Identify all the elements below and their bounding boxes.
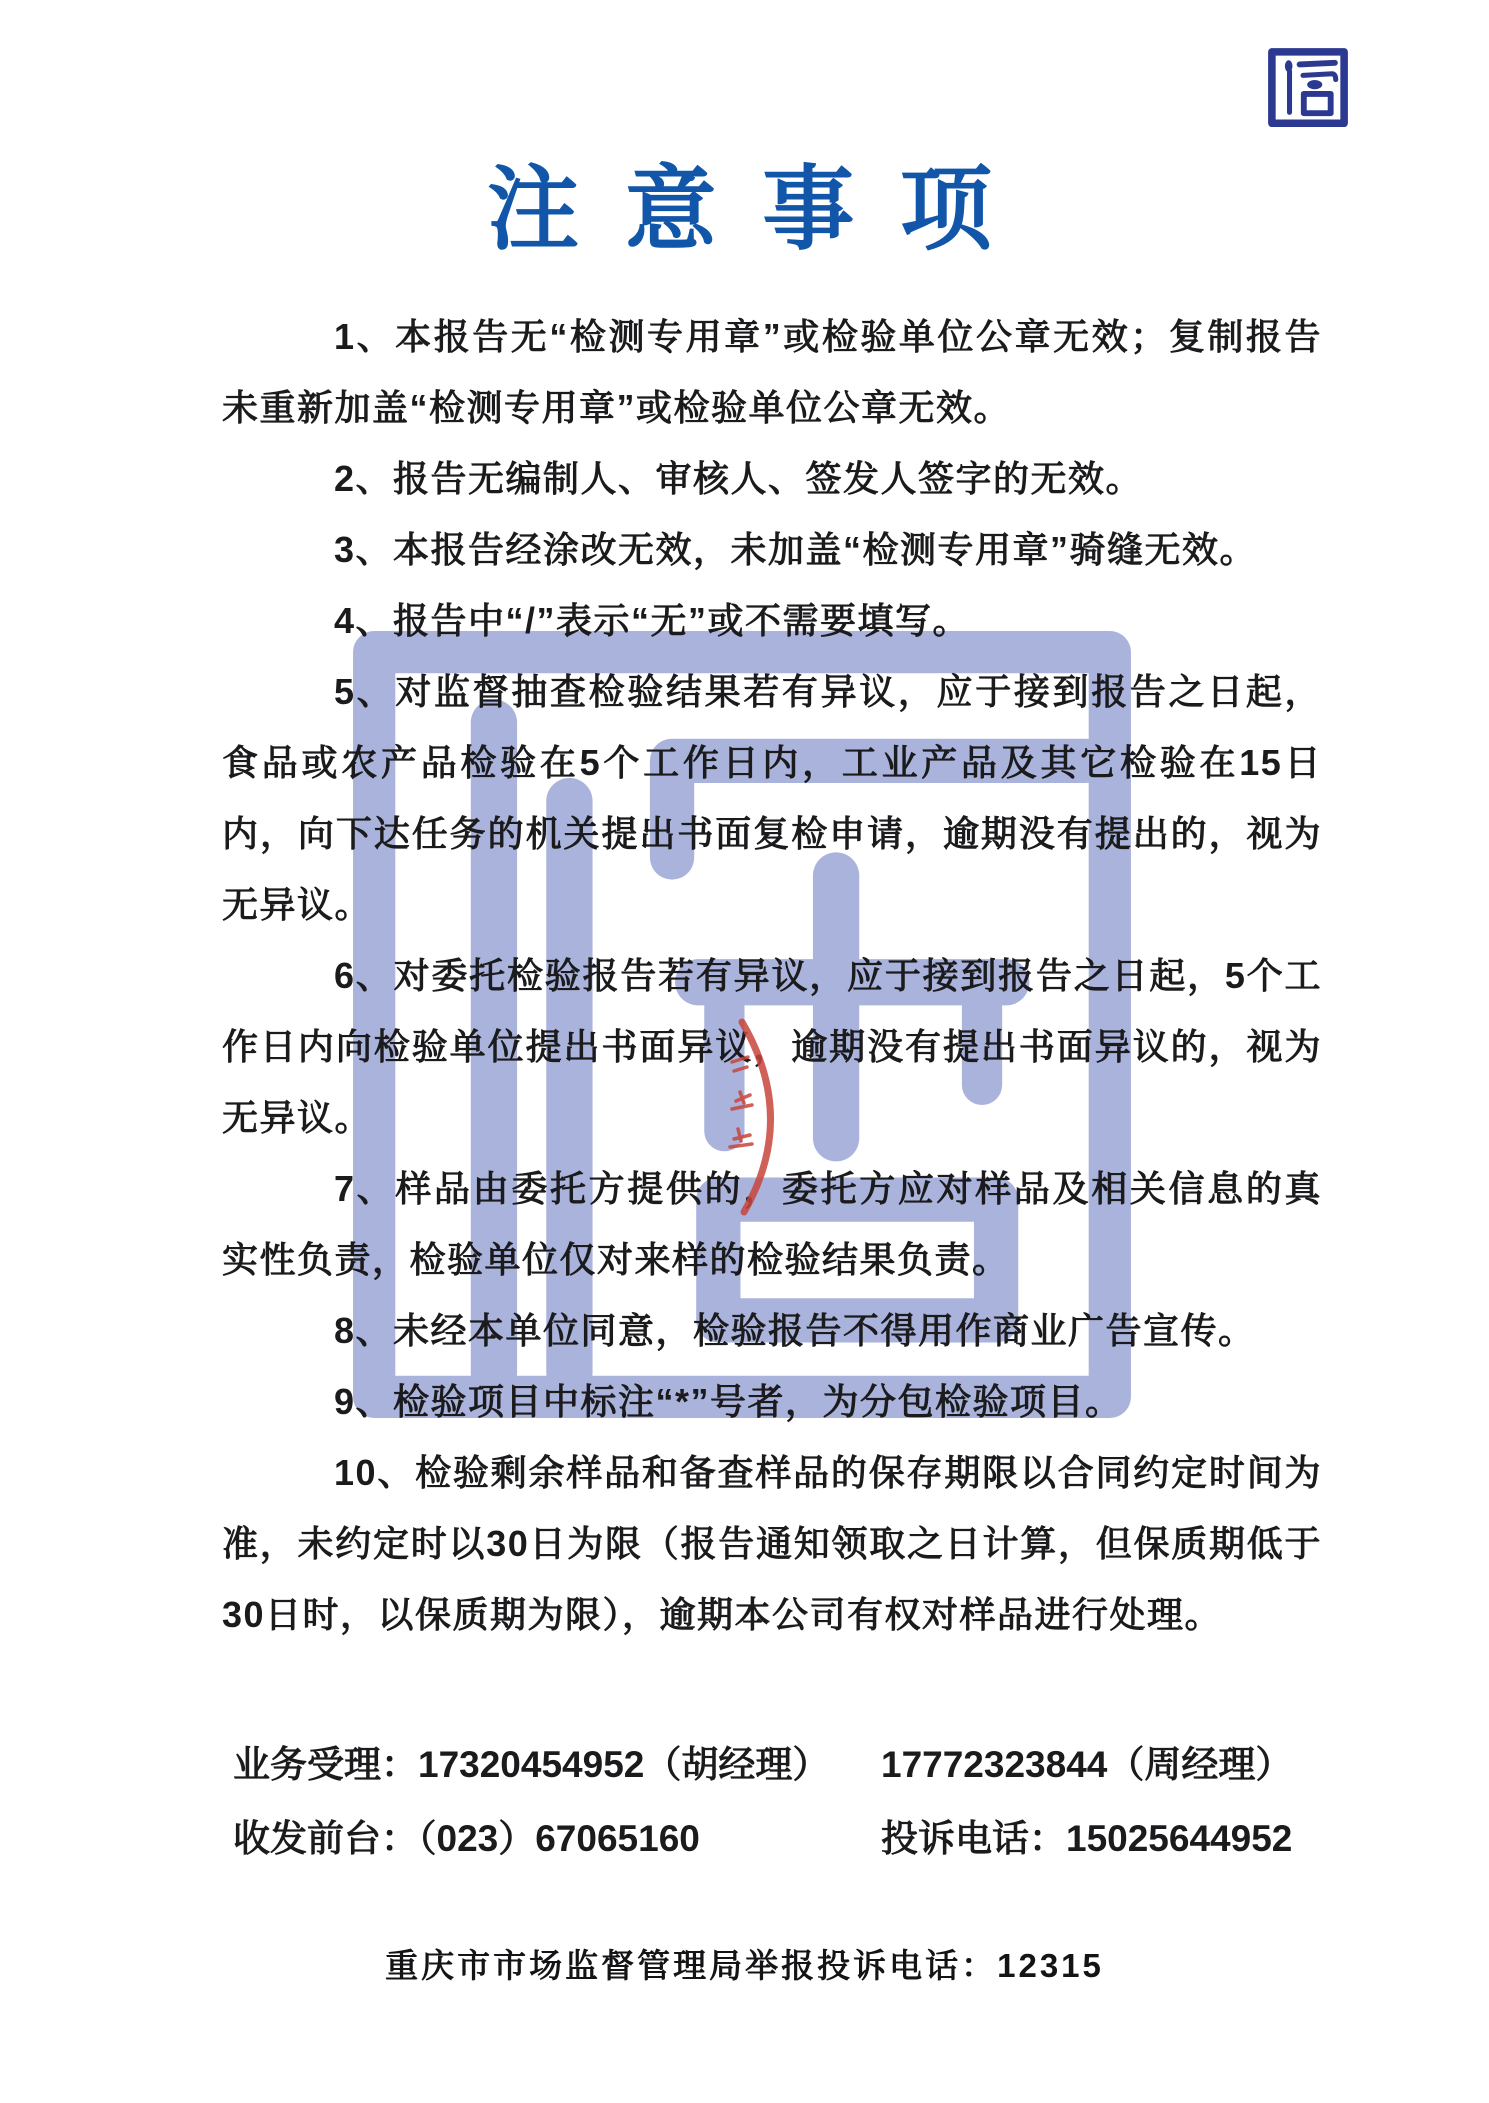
note-item-10: 10、检验剩余样品和备查样品的保存期限以合同约定时间为准，未约定时以30日为限（… [222, 1437, 1322, 1650]
complaint-phone: 投诉电话：15025644952 [881, 1802, 1292, 1876]
note-item-2: 2、报告无编制人、审核人、签发人签字的无效。 [222, 443, 1322, 514]
note-item-9: 9、检验项目中标注“*”号者，为分包检验项目。 [222, 1366, 1322, 1437]
business-phone-2: 17772323844（周经理） [881, 1728, 1292, 1802]
contact-block: 业务受理：17320454952（胡经理） 17772323844（周经理） 收… [233, 1728, 1363, 1876]
note-item-5: 5、对监督抽查检验结果若有异议，应于接到报告之日起，食品或农产品检验在5个工作日… [222, 656, 1322, 940]
notice-page: 注 意 事 项 1、本报告无“检测专用章”或检验单位公章无效；复制报告未重新加盖… [0, 0, 1489, 2103]
page-title: 注 意 事 项 [0, 162, 1489, 259]
notes-list: 1、本报告无“检测专用章”或检验单位公章无效；复制报告未重新加盖“检测专用章”或… [222, 301, 1322, 1650]
note-item-1: 1、本报告无“检测专用章”或检验单位公章无效；复制报告未重新加盖“检测专用章”或… [222, 301, 1322, 443]
red-stamp-fragment-icon [680, 1000, 830, 1245]
contact-row-frontdesk: 收发前台：（023）67065160 投诉电话：15025644952 [233, 1802, 1363, 1876]
note-item-3: 3、本报告经涂改无效，未加盖“检测专用章”骑缝无效。 [222, 514, 1322, 585]
note-item-4: 4、报告中“/”表示“无”或不需要填写。 [222, 585, 1322, 656]
contact-row-business: 业务受理：17320454952（胡经理） 17772323844（周经理） [233, 1728, 1363, 1802]
frontdesk-phone: 收发前台：（023）67065160 [233, 1802, 881, 1876]
note-item-8: 8、未经本单位同意，检验报告不得用作商业广告宣传。 [222, 1295, 1322, 1366]
regulator-hotline: 重庆市市场监督管理局举报投诉电话：12315 [0, 1940, 1489, 1987]
seal-logo-icon [1266, 46, 1350, 130]
business-phone: 业务受理：17320454952（胡经理） [233, 1728, 881, 1802]
